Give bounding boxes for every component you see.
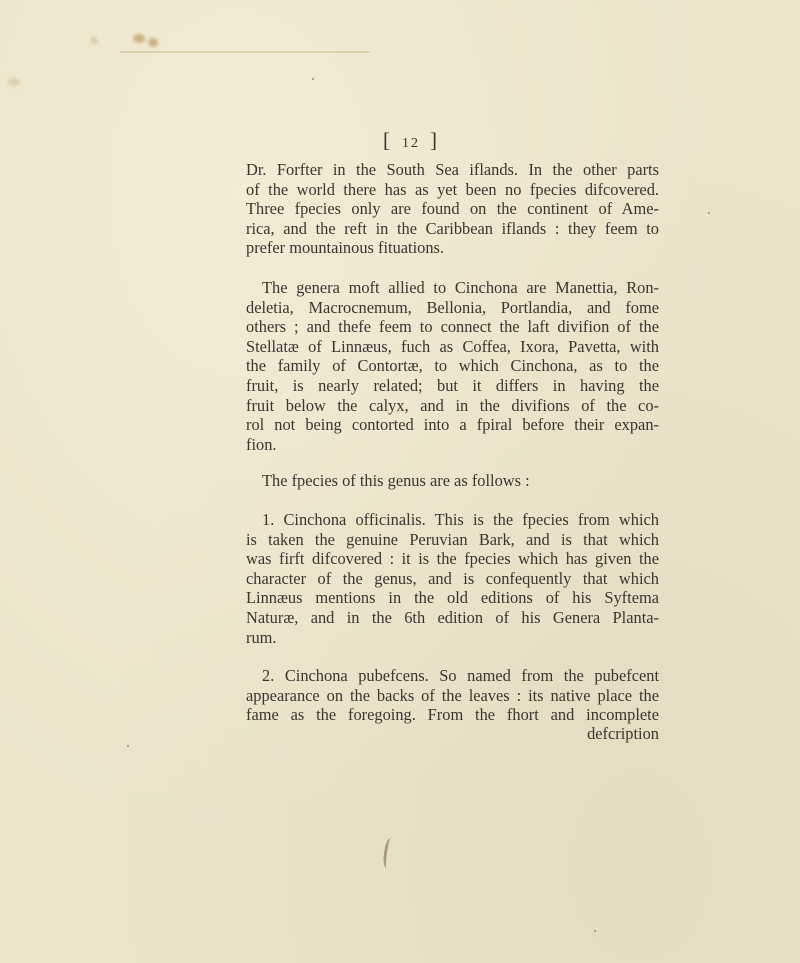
text-line: rum.: [246, 628, 659, 648]
text-line: fruit, is nearly related; but it differs…: [246, 376, 659, 396]
text-line: rol not being contorted into a fpiral be…: [246, 415, 659, 435]
text-line: appearance on the backs of the leaves : …: [246, 686, 659, 706]
paragraph-allied-genera: The genera moft allied to Cinchona are M…: [246, 278, 659, 454]
text-line: of the world there has as yet been no fp…: [246, 180, 659, 200]
text-line: rica, and the reft in the Caribbean ifla…: [246, 219, 659, 239]
text-line: deletia, Macrocnemum, Bellonia, Portland…: [246, 298, 659, 318]
paragraph-continuation: Dr. Forfter in the South Sea iflands. In…: [246, 160, 659, 258]
paper-speck: [127, 745, 129, 747]
paper-crease: [120, 51, 370, 53]
text-line: the family of Contortæ, to which Cinchon…: [246, 356, 659, 376]
foxing-stain: [90, 37, 98, 45]
text-line: Linnæus mentions in the old editions of …: [246, 588, 659, 608]
page-number-value: 12: [402, 136, 420, 151]
paper-speck: [708, 212, 710, 214]
foxing-stain: [133, 34, 145, 43]
text-line: fame as the foregoing. From the fhort an…: [246, 705, 659, 725]
foxing-stain: [148, 38, 158, 47]
text-line: was firft difcovered : it is the fpecies…: [246, 549, 659, 569]
text-line: is taken the genuine Peruvian Bark, and …: [246, 530, 659, 550]
catchword: defcription: [246, 724, 659, 744]
text-line: Three fpecies only are found on the cont…: [246, 199, 659, 219]
text-line: 2. Cinchona pubefcens. So named from the…: [246, 666, 659, 686]
book-page: [12] Dr. Forfter in the South Sea ifland…: [0, 0, 800, 963]
paragraph-species-2: 2. Cinchona pubefcens. So named from the…: [246, 666, 659, 725]
text-line: Dr. Forfter in the South Sea iflands. In…: [246, 160, 659, 180]
text-line: Stellatæ of Linnæus, fuch as Coffea, Ixo…: [246, 337, 659, 357]
page-number: [12]: [0, 128, 800, 153]
printer-mark: [382, 838, 395, 869]
text-line: 1. Cinchona officinalis. This is the fpe…: [246, 510, 659, 530]
page-number-bracket-close: ]: [430, 128, 439, 152]
text-line: fruit below the calyx, and in the divifi…: [246, 396, 659, 416]
text-line: Naturæ, and in the 6th edition of his Ge…: [246, 608, 659, 628]
paragraph-species-intro: The fpecies of this genus are as follows…: [246, 471, 659, 491]
text-line: prefer mountainous fituations.: [246, 238, 659, 258]
text-line: The genera moft allied to Cinchona are M…: [246, 278, 659, 298]
page-number-bracket-open: [: [383, 128, 392, 152]
foxing-stain: [8, 78, 20, 86]
paper-speck: [312, 78, 314, 80]
text-line: fion.: [246, 435, 659, 455]
text-line: character of the genus, and is confequen…: [246, 569, 659, 589]
text-line: The fpecies of this genus are as follows…: [246, 471, 659, 491]
text-line: others ; and thefe feem to connect the l…: [246, 317, 659, 337]
paragraph-species-1: 1. Cinchona officinalis. This is the fpe…: [246, 510, 659, 647]
paper-speck: [594, 930, 596, 932]
